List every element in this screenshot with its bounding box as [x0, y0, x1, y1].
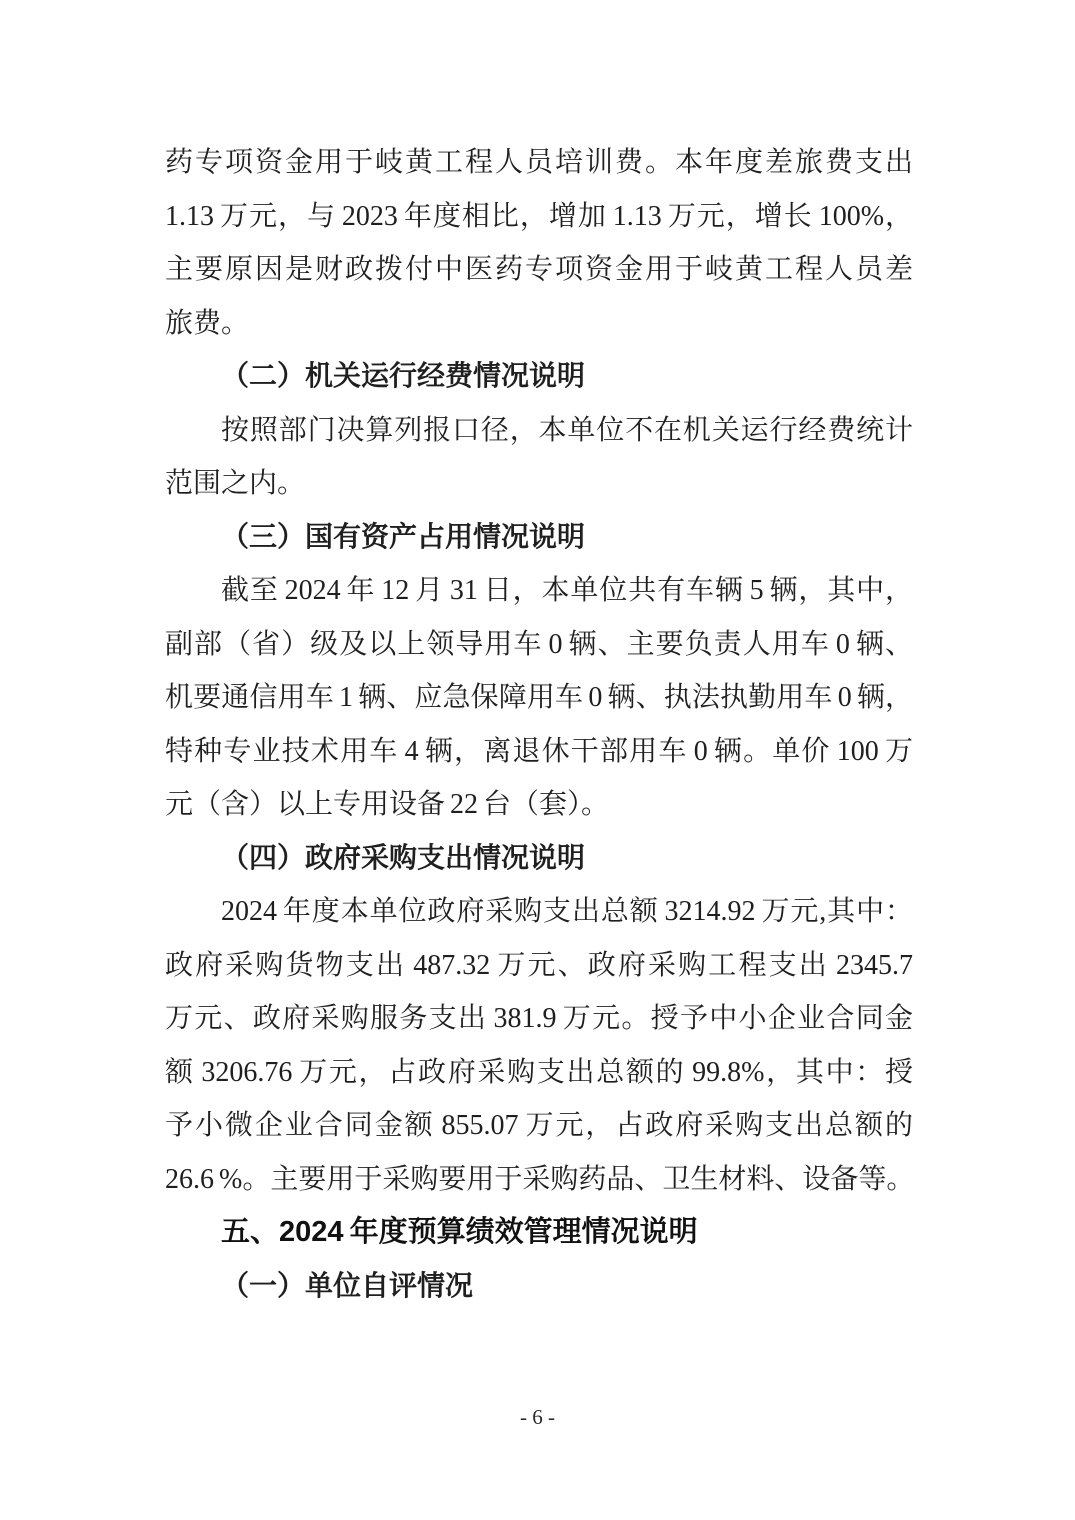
heading-section-4-government-procurement: （四）政府采购支出情况说明	[165, 832, 913, 886]
para-state-assets: 截至 2024 年 12 月 31 日，本单位共有车辆 5 辆，其中，副部（省）…	[165, 564, 913, 832]
text-line: 截至 2024 年 12 月 31 日，本单位共有车辆 5 辆，其中，	[165, 564, 913, 618]
text-line: 副部（省）级及以上领导用车 0 辆、主要负责人用车 0 辆、	[165, 618, 913, 672]
text-line: 2024 年度本单位政府采购支出总额 3214.92 万元,其中：	[165, 885, 913, 939]
text-line: （四）政府采购支出情况说明	[165, 832, 913, 886]
para-agency-operating-funds: 按照部门决算列报口径，本单位不在机关运行经费统计范围之内。	[165, 404, 913, 511]
text-line: （三）国有资产占用情况说明	[165, 511, 913, 565]
para-traveling-expense-continuation: 药专项资金用于岐黄工程人员培训费。本年度差旅费支出1.13 万元，与 2023 …	[165, 136, 913, 350]
text-line: 额 3206.76 万元，占政府采购支出总额的 99.8%，其中：授	[165, 1046, 913, 1100]
text-line: （一）单位自评情况	[165, 1260, 913, 1314]
heading-section-3-state-assets: （三）国有资产占用情况说明	[165, 511, 913, 565]
text-line: 机要通信用车 1 辆、应急保障用车 0 辆、执法执勤用车 0 辆，	[165, 671, 913, 725]
heading-section-1-self-evaluation: （一）单位自评情况	[165, 1260, 913, 1314]
text-line: 按照部门决算列报口径，本单位不在机关运行经费统计	[165, 404, 913, 458]
heading-section-2-agency-operating-funds: （二）机关运行经费情况说明	[165, 350, 913, 404]
page-number: - 6 -	[0, 1404, 1075, 1430]
heading-part-5-budget-performance: 五、2024 年度预算绩效管理情况说明	[165, 1206, 913, 1260]
text-line: 主要原因是财政拨付中医药专项资金用于岐黄工程人员差	[165, 243, 913, 297]
text-line: 万元、政府采购服务支出 381.9 万元。授予中小企业合同金	[165, 992, 913, 1046]
text-line: 范围之内。	[165, 457, 913, 511]
text-line: 1.13 万元，与 2023 年度相比，增加 1.13 万元，增长 100%，	[165, 190, 913, 244]
text-line: 药专项资金用于岐黄工程人员培训费。本年度差旅费支出	[165, 136, 913, 190]
text-line: 五、2024 年度预算绩效管理情况说明	[165, 1206, 913, 1260]
text-line: 特种专业技术用车 4 辆，离退休干部用车 0 辆。单价 100 万	[165, 725, 913, 779]
text-line: 旅费。	[165, 297, 913, 351]
text-line: 元（含）以上专用设备 22 台（套）。	[165, 778, 913, 832]
document-text-block: 药专项资金用于岐黄工程人员培训费。本年度差旅费支出1.13 万元，与 2023 …	[165, 136, 913, 1313]
text-line: 26.6 %。主要用于采购要用于采购药品、卫生材料、设备等。	[165, 1153, 913, 1207]
document-page: 药专项资金用于岐黄工程人员培训费。本年度差旅费支出1.13 万元，与 2023 …	[0, 0, 1075, 1520]
text-line: （二）机关运行经费情况说明	[165, 350, 913, 404]
text-line: 予小微企业合同金额 855.07 万元，占政府采购支出总额的	[165, 1099, 913, 1153]
para-government-procurement: 2024 年度本单位政府采购支出总额 3214.92 万元,其中：政府采购货物支…	[165, 885, 913, 1206]
text-line: 政府采购货物支出 487.32 万元、政府采购工程支出 2345.7	[165, 939, 913, 993]
